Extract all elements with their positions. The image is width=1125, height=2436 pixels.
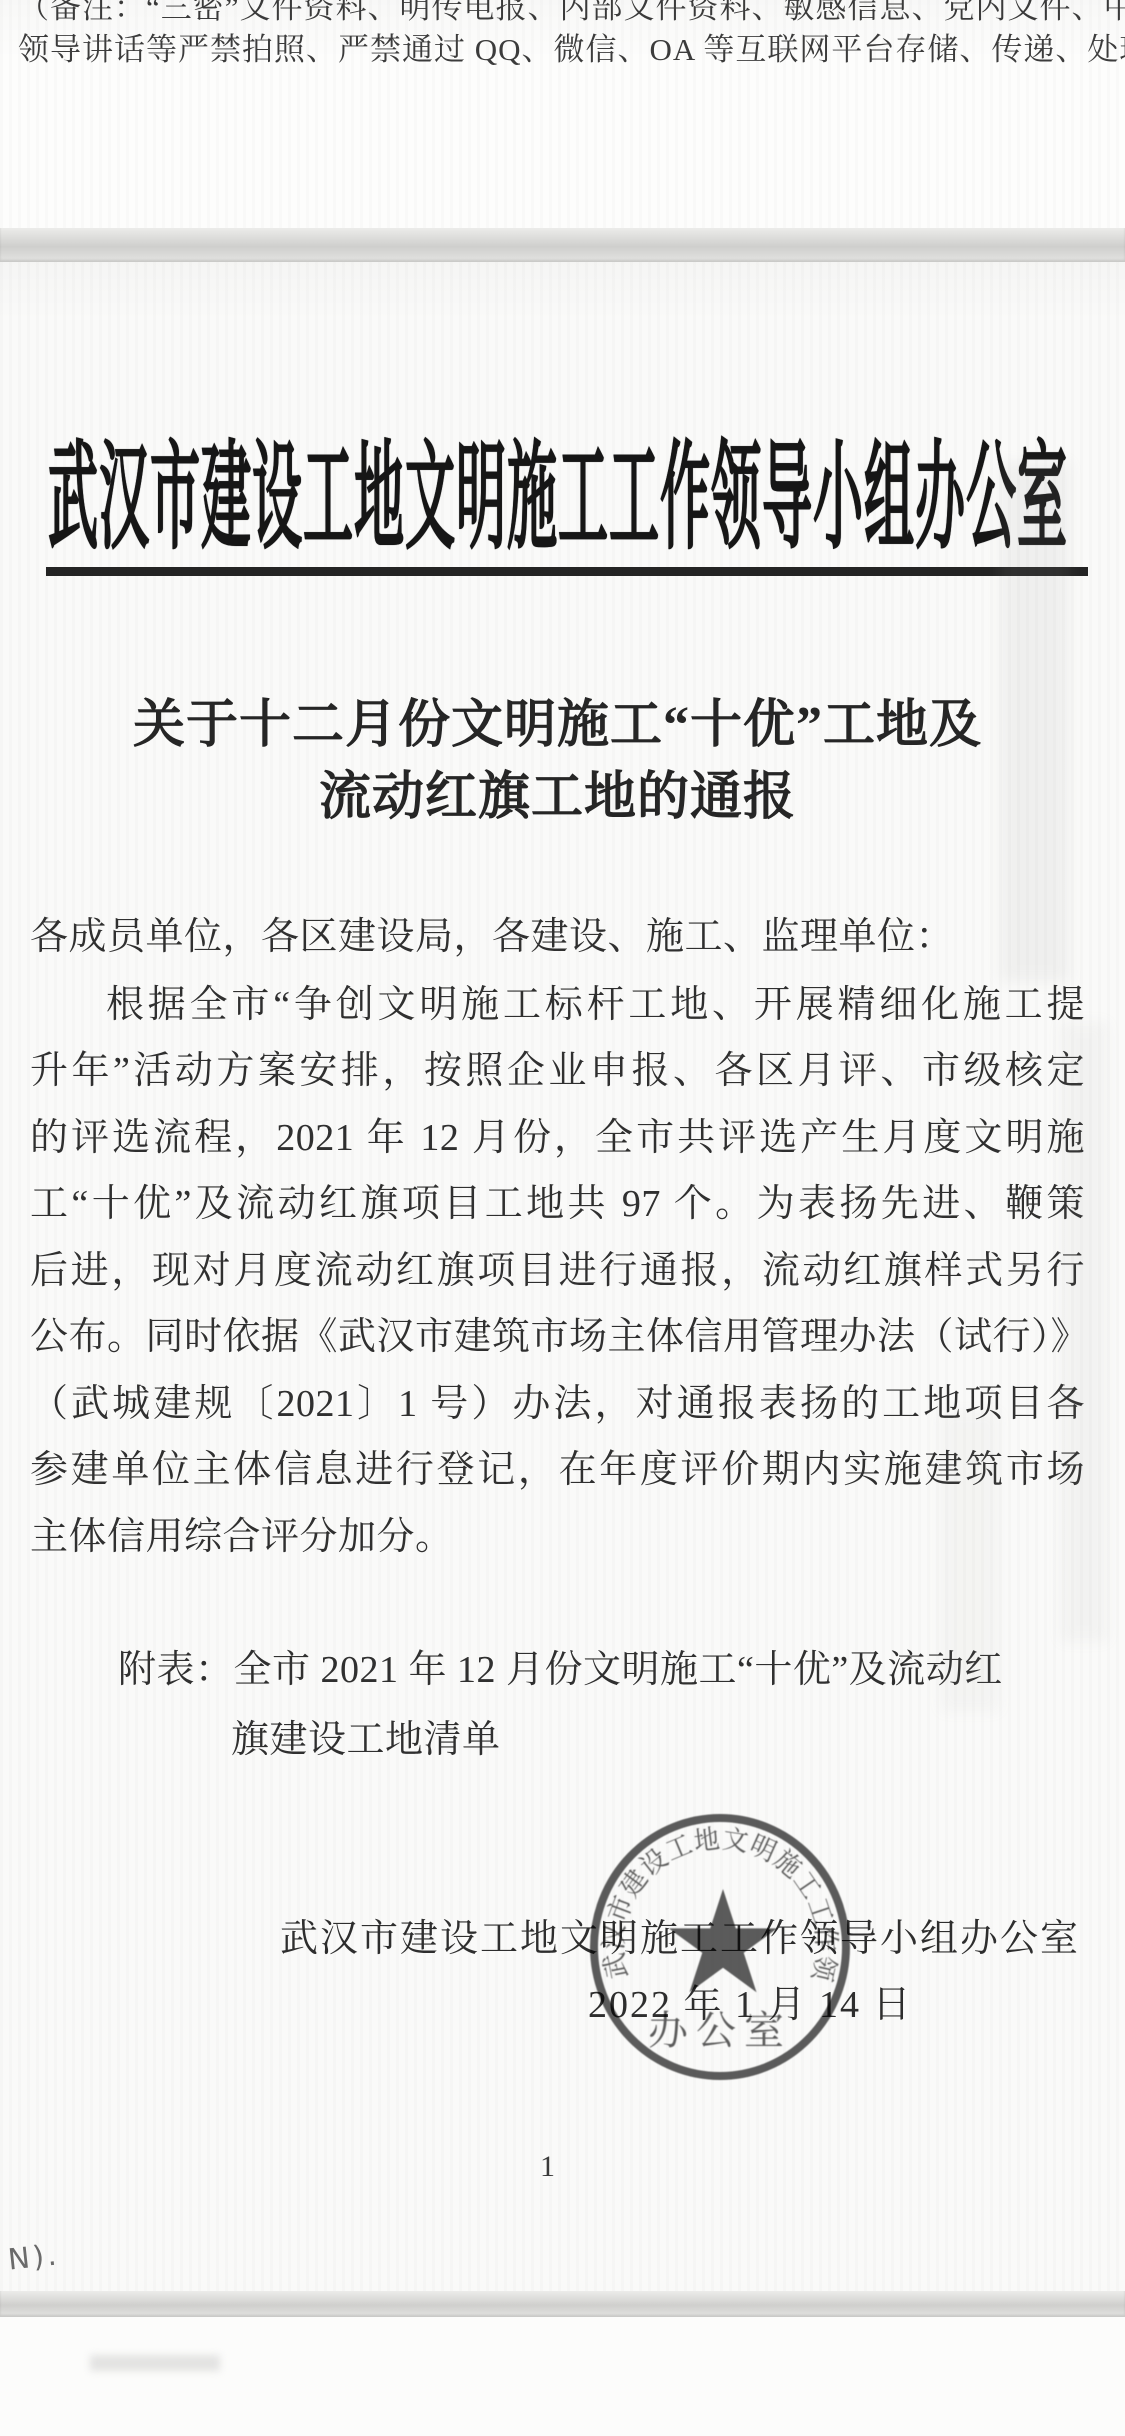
seal-bottom-text: 办公室 [648,2008,792,2053]
page-number: 1 [540,2150,555,2184]
letterhead-org-name: 武汉市建设工地文明施工工作领导小组办公室 [48,402,1068,572]
body-line: 工“十优”及流动红旗项目工地共 97 个。为表扬先进、鞭策 [30,1172,1085,1227]
body-line: 参建单位主体信息进行登记，在年度评价期内实施建筑市场 [30,1438,1085,1493]
scan-smudge [90,2355,220,2371]
attachment-note-line2: 旗建设工地清单 [231,1708,501,1763]
official-seal-stamp: 武汉市建设工地文明施工工作领导小组 办公室 [585,1812,855,2082]
bottom-sheet [0,2317,1125,2436]
salutation: 各成员单位，各区建设局，各建设、施工、监理单位： [30,905,1085,960]
body-line: 升年”活动方案安排，按照企业申报、各区月评、市级核定 [30,1039,1085,1094]
body-line: 后进，现对月度流动红旗项目进行通报，流动红旗样式另行 [30,1239,1085,1294]
body-line: （武城建规〔2021〕1 号）办法，对通报表扬的工地项目各 [30,1372,1085,1427]
top-sheet: （备注：“三密”文件资料、明传电报、内部文件资料、敏感信息、党内文件、中央省市领… [0,0,1125,228]
sheet-edge-band-top [0,228,1125,262]
body-line: 公布。同时依据《武汉市建筑市场主体信用管理办法（试行）》 [30,1305,1085,1360]
body-line: 主体信用综合评分加分。 [30,1505,1085,1560]
document-title-line1: 关于十二月份文明施工“十优”工地及 [30,682,1085,757]
document-page: 武汉市建设工地文明施工工作领导小组办公室 关于十二月份文明施工“十优”工地及 流… [0,262,1125,2291]
seal-graphic: 武汉市建设工地文明施工工作领导小组 办公室 [585,1812,855,2082]
seal-star-icon [669,1889,777,1992]
handwritten-margin-mark: N). [6,2237,61,2276]
letterhead-divider-rule [46,567,1088,576]
classified-note-line1: （备注：“三密”文件资料、明传电报、内部文件资料、敏感信息、党内文件、中央省市领… [18,0,1125,27]
scanned-official-document: （备注：“三密”文件资料、明传电报、内部文件资料、敏感信息、党内文件、中央省市领… [0,0,1125,2436]
classified-note-line2: 领导讲话等严禁拍照、严禁通过 QQ、微信、OA 等互联网平台存储、传递、处理。） [18,24,1125,69]
document-title-line2: 流动红旗工地的通报 [30,754,1085,829]
body-line: 的评选流程，2021 年 12 月份，全市共评选产生月度文明施 [30,1106,1085,1161]
sheet-edge-band-bottom [0,2291,1125,2317]
body-line: 根据全市“争创文明施工标杆工地、开展精细化施工提 [30,973,1085,1028]
attachment-note-line1: 附表：全市 2021 年 12 月份文明施工“十优”及流动红 [118,1638,1003,1693]
